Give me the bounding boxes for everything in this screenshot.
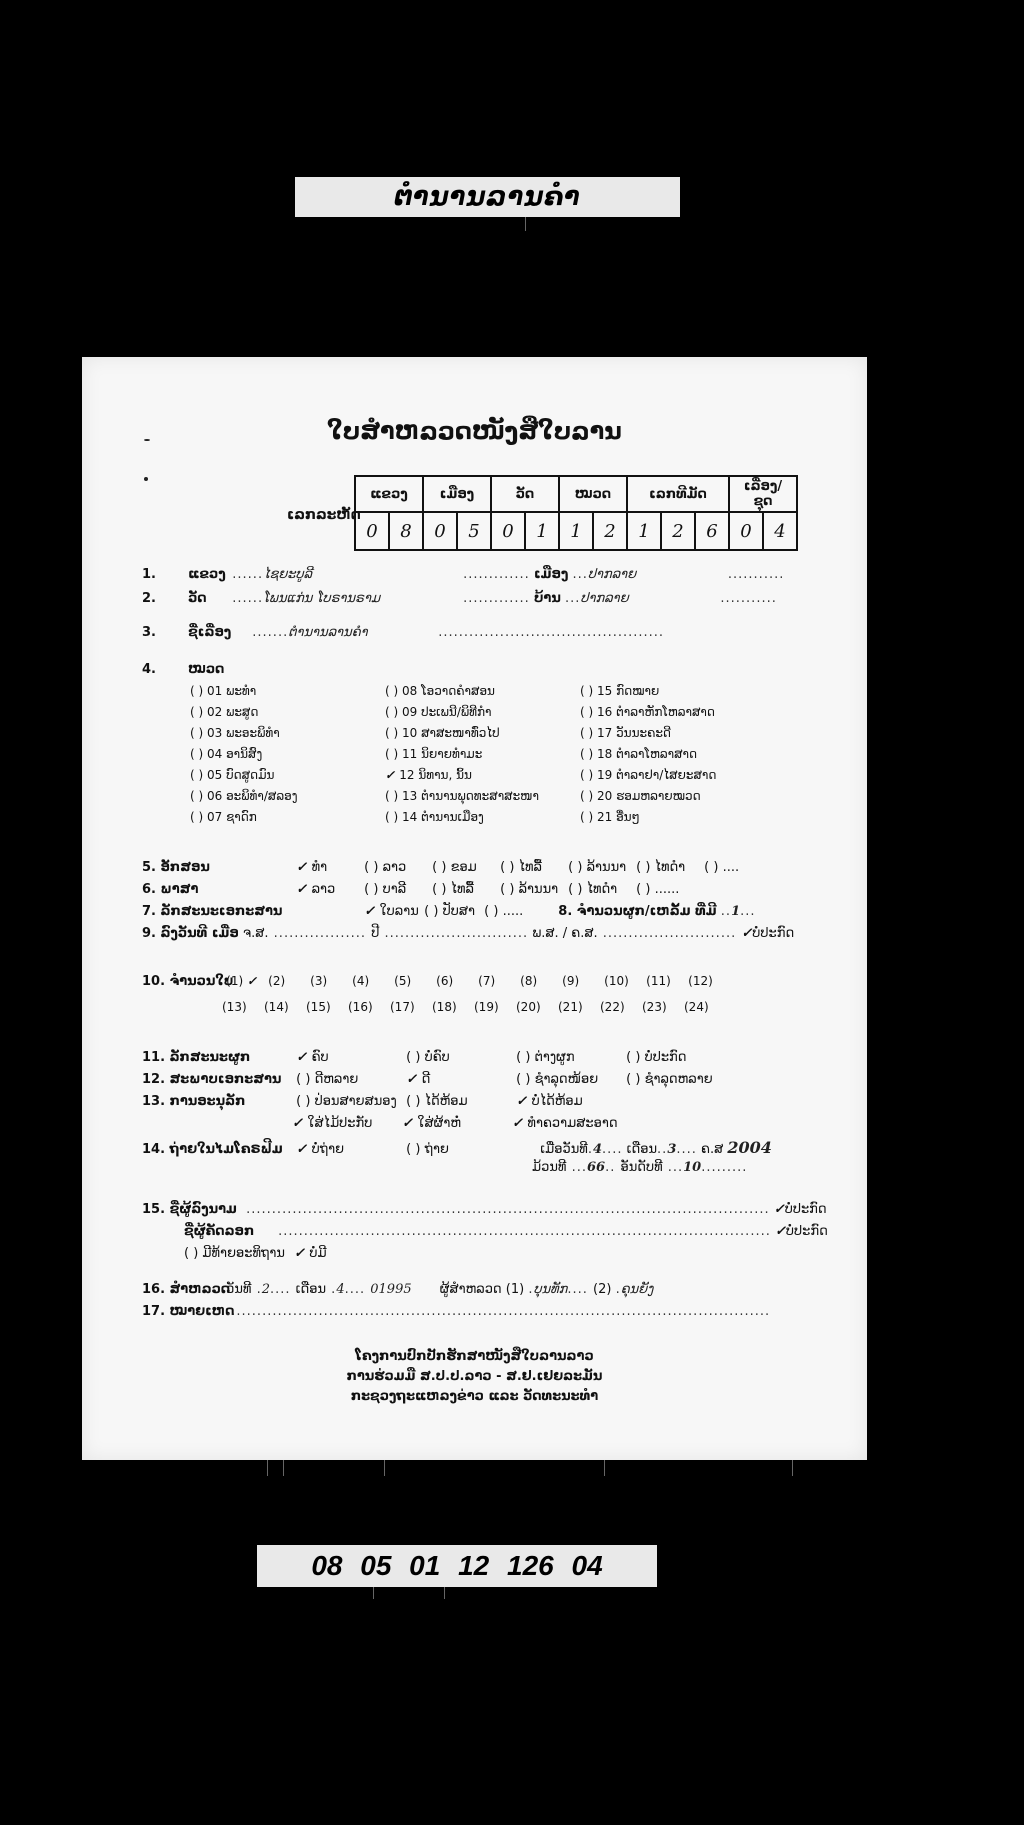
village-label: ບ້ານ <box>534 591 561 606</box>
checkbox-icon[interactable]: ✓ <box>402 1116 417 1131</box>
checkbox-icon[interactable]: ( ) <box>500 882 518 897</box>
option[interactable]: ( ) ຕ່າງຜູກ <box>516 1050 626 1065</box>
option[interactable]: ✓ ທຳຄວາມສະອາດ <box>512 1116 622 1131</box>
code-digit: 0 <box>423 512 457 550</box>
village-value[interactable]: ປາກລາຍ <box>580 591 720 606</box>
date-unknown-option[interactable]: ບໍ່ປະກົດ <box>752 926 794 941</box>
page-count-option[interactable]: (16) <box>348 1000 390 1014</box>
checkbox-icon[interactable]: ( ) <box>580 789 597 803</box>
date-written-row: 9. ລົງວັນທີ ເມື່ອ ຈ.ສ. .................… <box>142 926 794 941</box>
checkbox-icon[interactable]: ✓ <box>296 860 311 875</box>
option[interactable]: ( ) ລ້ານນາ <box>500 882 568 897</box>
province-label: ແຂວງ <box>188 567 228 582</box>
option[interactable]: ( ) ຊຳລຸດຫລາຍ <box>626 1072 736 1087</box>
option[interactable]: ( ) ບາລີ <box>364 882 432 897</box>
checkbox-icon[interactable]: ( ) <box>190 726 207 740</box>
checkbox-icon[interactable]: ✓ <box>296 882 311 897</box>
page-count-option[interactable]: (10) <box>604 974 646 988</box>
option[interactable]: ✓ ດີ <box>406 1072 516 1087</box>
field-province-row: 1. ແຂວງ ......ໄຊຍະບູລີ............. ເມືອ… <box>142 567 784 582</box>
checkbox-icon[interactable]: ( ) <box>190 705 207 719</box>
category-option-11[interactable]: ( ) 11 ນິຍາຍທຳມະ <box>385 747 482 761</box>
option[interactable]: ✓ ໃບລານ <box>364 904 424 919</box>
code-header: ແຂວງ <box>355 476 423 512</box>
pages-row-2: (13)(14)(15)(16)(17)(18)(19)(20)(21)(22)… <box>222 1000 726 1015</box>
title-label: ຊື່ເລື່ອງ <box>188 625 248 640</box>
pages-row: 10. ຈຳນວນໃບ (1) ✓(2)(3)(4)(5)(6)(7)(8)(9… <box>142 974 730 989</box>
page-count-option[interactable]: (17) <box>390 1000 432 1014</box>
option[interactable]: ( ) ຊຳລຸດໜ້ອຍ <box>516 1072 626 1087</box>
option[interactable]: ( ) ...... <box>636 882 704 897</box>
checkbox-icon[interactable]: ( ) <box>406 1050 424 1065</box>
option[interactable]: ✓ ບໍ່ໄດ້ຫ້ອມ <box>516 1094 626 1109</box>
checkbox-icon[interactable]: ( ) <box>184 1246 202 1261</box>
option[interactable]: ( ) ລາວ <box>364 860 432 875</box>
option[interactable]: ( ) ບໍ່ຄົບ <box>406 1050 516 1065</box>
page-count-option[interactable]: (18) <box>432 1000 474 1014</box>
form-footer: ໂຄງການປົກປັກຮັກສາໜັງສືໃບລານລາວ ການຮ່ວມມື… <box>82 1347 867 1407</box>
category-option-05[interactable]: ( ) 05 ບົດສູດມົນ <box>190 768 274 782</box>
option[interactable]: ✓ ທຳ <box>296 860 364 875</box>
page-count-option[interactable]: (11) <box>646 974 688 988</box>
field-temple-row: 2. ວັດ ......ໂພນແກ່ນ ໂບຣານຣາມ...........… <box>142 591 777 606</box>
page-count-option[interactable]: (22) <box>600 1000 642 1014</box>
code-header: ເລກທີມັດ <box>627 476 729 512</box>
code-digit: 4 <box>763 512 797 550</box>
option[interactable]: ( ) ໄທລື້ <box>500 860 568 875</box>
checkbox-icon[interactable]: ( ) <box>580 810 597 824</box>
page-count-option[interactable]: (14) <box>264 1000 306 1014</box>
category-option-12[interactable]: ✓ 12 ນິທານ, ນິ້ນ <box>385 768 472 782</box>
category-option-04[interactable]: ( ) 04 ອານິສົງ <box>190 747 262 761</box>
checkbox-icon[interactable]: ✓ <box>406 1072 421 1087</box>
code-digit: 1 <box>627 512 661 550</box>
category-option-16[interactable]: ( ) 16 ຕຳລາຫັກໂຫລາສາດ <box>580 705 715 719</box>
condition-row: 12. ສະພາບເອກະສານ ( ) ດີຫລາຍ✓ ດີ( ) ຊຳລຸດ… <box>142 1072 736 1087</box>
checkbox-icon[interactable]: ✓ <box>516 1094 531 1109</box>
option[interactable]: ✓ ຄົບ <box>296 1050 406 1065</box>
option[interactable]: ( ) ລ້ານນາ <box>568 860 636 875</box>
speck <box>144 477 148 481</box>
option[interactable]: ( ) .... <box>704 860 772 875</box>
checkbox-icon[interactable]: ✓ <box>294 1246 309 1261</box>
copyist-unknown-option[interactable]: ບໍ່ປະກົດ <box>786 1224 828 1239</box>
category-option-14[interactable]: ( ) 14 ຕຳນານເມືອງ <box>385 810 484 824</box>
page-count-option[interactable]: (7) <box>478 974 520 988</box>
checkbox-icon[interactable]: ( ) <box>190 789 207 803</box>
microfilm-month[interactable]: 3 <box>667 1142 676 1157</box>
code-digit: 2 <box>593 512 627 550</box>
code-digit: 1 <box>525 512 559 550</box>
page-count-option[interactable]: (6) <box>436 974 478 988</box>
checkbox-icon[interactable]: ✓ <box>364 904 379 919</box>
copyist-row: ຊື່ຜູ້ຄັດລອກ ...........................… <box>184 1224 828 1239</box>
script-row: 5. ອັກສອນ ✓ ທຳ( ) ລາວ( ) ຂອມ( ) ໄທລື້( )… <box>142 860 772 875</box>
checkbox-icon[interactable]: ( ) <box>626 1072 644 1087</box>
surveyor-2[interactable]: ຄຸນຍັງ <box>621 1282 654 1297</box>
page-count-option[interactable]: (21) <box>558 1000 600 1014</box>
page-count-option[interactable]: (5) <box>394 974 436 988</box>
option[interactable]: ( ) ໄທດຳ <box>636 860 704 875</box>
checkbox-icon[interactable]: ( ) <box>516 1050 534 1065</box>
category-option-02[interactable]: ( ) 02 ພະສູດ <box>190 705 258 719</box>
checkbox-icon[interactable]: ( ) <box>626 1050 644 1065</box>
page-count-option[interactable]: (20) <box>516 1000 558 1014</box>
page-count-option[interactable]: (9) <box>562 974 604 988</box>
completeness-row: 11. ລັກສະນະຜູກ ✓ ຄົບ( ) ບໍ່ຄົບ( ) ຕ່າງຜູ… <box>142 1050 736 1065</box>
page-count-option[interactable]: (3) <box>310 974 352 988</box>
author-row: 15. ຊື່ຜູ້ລົງນາມ .......................… <box>142 1202 827 1217</box>
category-option-06[interactable]: ( ) 06 ອະພິທຳ/ສລອງ <box>190 789 298 803</box>
code-digit: 1 <box>559 512 593 550</box>
order-value[interactable]: 10 <box>683 1160 701 1175</box>
code-digit: 2 <box>661 512 695 550</box>
checkbox-icon[interactable]: ( ) <box>385 810 402 824</box>
microfilm-header-label: ຕຳນານລານຄຳ <box>295 177 680 217</box>
checkbox-icon[interactable]: ( ) <box>385 789 402 803</box>
surveyor-1[interactable]: ບຸນທັກ <box>533 1282 567 1297</box>
category-option-03[interactable]: ( ) 03 ພະອະພິທຳ <box>190 726 280 740</box>
material-row: 7. ລັກສະນະເອກະສານ ✓ ໃບລານ( ) ປັບສາ( ) ..… <box>142 904 756 919</box>
checkbox-icon[interactable]: ( ) <box>296 1094 314 1109</box>
option[interactable]: ( ) ບໍ່ປະກົດ <box>626 1050 736 1065</box>
code-digit: 0 <box>491 512 525 550</box>
author-unknown-option[interactable]: ບໍ່ປະກົດ <box>785 1202 827 1217</box>
option[interactable]: ( ) ປັບສາ <box>424 904 484 919</box>
category-option-13[interactable]: ( ) 13 ຕຳນານພຸດທະສາສະໜາ <box>385 789 539 803</box>
checkbox-icon[interactable]: ( ) <box>385 705 402 719</box>
option[interactable]: ✓ ລາວ <box>296 882 364 897</box>
option[interactable]: ✓ ບໍ່ມີ <box>294 1246 404 1261</box>
survey-row: 16. ສຳຫລວດ ວັນທີ .2.... ເດືອນ .4.... 019… <box>142 1282 653 1297</box>
option[interactable]: ( ) ໄດ້ຫ້ອມ <box>406 1094 516 1109</box>
notes-row: 17. ໝາຍເຫດ .............................… <box>142 1304 770 1319</box>
page-count-option[interactable]: (1) ✓ <box>226 974 268 988</box>
preservation-row-2: ✓ ໃສ່ໄມ້ປະກັບ✓ ໃສ່ຜ້າຫໍ່✓ ທຳຄວາມສະອາດ <box>292 1116 622 1131</box>
option[interactable]: ✓ ໃສ່ໄມ້ປະກັບ <box>292 1116 402 1131</box>
checkbox-icon[interactable]: ( ) <box>636 882 654 897</box>
page-count-option[interactable]: (2) <box>268 974 310 988</box>
code-header: ເລື່ອງ/ຊຸດ <box>729 476 797 512</box>
checkbox-icon[interactable]: ( ) <box>580 726 597 740</box>
page-count-option[interactable]: (19) <box>474 1000 516 1014</box>
page-count-option[interactable]: (8) <box>520 974 562 988</box>
reference-code-table: ແຂວງເມືອງວັດໝວດເລກທີມັດເລື່ອງ/ຊຸດ 080501… <box>354 475 798 551</box>
category-option-09[interactable]: ( ) 09 ປະເພນີ/ພິທີກຳ <box>385 705 491 719</box>
tick-mark <box>525 217 526 231</box>
page-count-option[interactable]: (15) <box>306 1000 348 1014</box>
category-option-19[interactable]: ( ) 19 ຕຳລາຢາ/ໄສຍະສາດ <box>580 768 716 782</box>
category-option-21[interactable]: ( ) 21 ອື່ນໆ <box>580 810 640 824</box>
checkbox-icon[interactable]: ( ) <box>385 747 402 761</box>
survey-day[interactable]: 2 <box>262 1282 270 1297</box>
option[interactable]: ( ) ດີຫລາຍ <box>296 1072 406 1087</box>
page-count-option[interactable]: (4) <box>352 974 394 988</box>
option[interactable]: ( ) ມີທ້າຍອະທິຖານ <box>184 1246 294 1261</box>
checkbox-icon[interactable]: ( ) <box>636 860 654 875</box>
category-option-10[interactable]: ( ) 10 ສາສະໜາທົ່ວໄປ <box>385 726 500 740</box>
checkbox-icon[interactable]: ( ) <box>364 882 382 897</box>
category-option-07[interactable]: ( ) 07 ຊາດົກ <box>190 810 257 824</box>
microfilm-roll-row: ມ້ວນທີ ...66.. ອັນດັບທີ ...10......... <box>532 1160 747 1175</box>
checkbox-icon[interactable]: ( ) <box>406 1142 424 1157</box>
microfilm-row: 14. ຖ່າຍໃນໄມໂຄຣຟີມ ✓ ບໍ່ຖ່າຍ( ) ຖ່າຍ ເມື… <box>142 1138 772 1157</box>
survey-month[interactable]: 4 <box>336 1282 344 1297</box>
checkbox-icon[interactable]: ( ) <box>432 882 450 897</box>
survey-year[interactable]: 01995 <box>370 1282 411 1297</box>
code-header: ວັດ <box>491 476 559 512</box>
code-digit: 5 <box>457 512 491 550</box>
checkbox-icon[interactable]: ( ) <box>500 860 518 875</box>
option[interactable]: ( ) ໄທລື້ <box>432 882 500 897</box>
option[interactable]: ( ) ປ່ອນສາຍສນອງ <box>296 1094 406 1109</box>
checkbox-icon[interactable]: ( ) <box>424 904 442 919</box>
checkbox-icon[interactable]: ( ) <box>580 705 597 719</box>
roll-value[interactable]: 66 <box>587 1160 605 1175</box>
checkbox-icon[interactable]: ( ) <box>190 810 207 824</box>
checkbox-icon[interactable]: ( ) <box>432 860 450 875</box>
district-value[interactable]: ປາກລາຍ <box>588 567 728 582</box>
code-digit: 8 <box>389 512 423 550</box>
microfilm-day[interactable]: 4 <box>593 1142 602 1157</box>
checkbox-icon[interactable]: ( ) <box>568 860 586 875</box>
category-heading: 4. ໝວດ <box>142 662 224 677</box>
checkbox-icon[interactable]: ✓ <box>512 1116 527 1131</box>
checkbox-icon[interactable]: ✓ <box>296 1142 311 1157</box>
checkbox-icon[interactable]: ( ) <box>190 747 207 761</box>
page-count-option[interactable]: (24) <box>684 1000 726 1014</box>
option[interactable]: ✓ ໃສ່ຜ້າຫໍ່ <box>402 1116 512 1131</box>
field-title-row: 3. ຊື່ເລື່ອງ .......ຕຳນານລານຄຳ..........… <box>142 625 664 640</box>
checkbox-icon[interactable]: ( ) <box>580 747 597 761</box>
preservation-row: 13. ການອະນຸລັກ ( ) ປ່ອນສາຍສນອງ( ) ໄດ້ຫ້ອ… <box>142 1094 626 1109</box>
form-title: ໃບສຳຫລວດໜັງສືໃບລານ <box>82 417 867 445</box>
option[interactable]: ( ) ..... <box>484 904 544 919</box>
option[interactable]: ( ) ຖ່າຍ <box>406 1142 516 1157</box>
checkbox-icon[interactable]: ( ) <box>568 882 586 897</box>
code-digit: 0 <box>729 512 763 550</box>
temple-label: ວັດ <box>188 591 228 606</box>
checkbox-icon[interactable]: ( ) <box>704 860 722 875</box>
option[interactable]: ( ) ໄທດຳ <box>568 882 636 897</box>
checkbox-icon[interactable]: ( ) <box>364 860 382 875</box>
category-option-01[interactable]: ( ) 01 ພະທຳ <box>190 684 256 698</box>
checkbox-icon[interactable]: ( ) <box>516 1072 534 1087</box>
code-digit: 0 <box>355 512 389 550</box>
checkbox-icon[interactable]: ( ) <box>190 768 207 782</box>
category-option-18[interactable]: ( ) 18 ຕຳລາໂຫລາສາດ <box>580 747 697 761</box>
checkbox-icon[interactable]: ( ) <box>484 904 502 919</box>
language-row: 6. ພາສາ ✓ ລາວ( ) ບາລີ( ) ໄທລື້( ) ລ້ານນາ… <box>142 882 704 897</box>
code-header: ໝວດ <box>559 476 627 512</box>
page-count-option[interactable]: (12) <box>688 974 730 988</box>
code-label: ເລກລະຫັດ <box>287 507 361 523</box>
title-value[interactable]: ຕຳນານລານຄຳ <box>288 625 438 640</box>
category-option-08[interactable]: ( ) 08 ໂອວາດຄຳສອນ <box>385 684 495 698</box>
microfilm-year[interactable]: 2004 <box>727 1138 772 1157</box>
notes-field[interactable]: ........................................… <box>226 1304 770 1319</box>
checkbox-icon[interactable]: ( ) <box>385 684 402 698</box>
bundles-value[interactable]: 1 <box>731 904 740 919</box>
temple-value[interactable]: ໂພນແກ່ນ ໂບຣານຣາມ <box>263 591 463 606</box>
checkbox-icon[interactable]: ( ) <box>406 1094 424 1109</box>
checkbox-icon[interactable]: ( ) <box>580 684 597 698</box>
province-value[interactable]: ໄຊຍະບູລີ <box>263 567 463 582</box>
survey-form-sheet: ໃບສຳຫລວດໜັງສືໃບລານ ເລກລະຫັດ ແຂວງເມືອງວັດ… <box>82 357 867 1460</box>
checkbox-icon[interactable]: ✓ <box>292 1116 307 1131</box>
checkbox-icon[interactable]: ( ) <box>190 684 207 698</box>
checkbox-icon[interactable]: ✓ <box>296 1050 311 1065</box>
checkbox-icon[interactable]: ( ) <box>580 768 597 782</box>
code-header: ເມືອງ <box>423 476 491 512</box>
district-label: ເມືອງ <box>534 567 568 582</box>
colophon-row: ( ) ມີທ້າຍອະທິຖານ✓ ບໍ່ມີ <box>184 1246 404 1261</box>
checkbox-icon[interactable]: ✓ <box>385 768 399 782</box>
microfilm-reference-number: 08 05 01 12 126 04 <box>257 1545 657 1587</box>
category-option-15[interactable]: ( ) 15 ກົດໝາຍ <box>580 684 659 698</box>
code-digit: 6 <box>695 512 729 550</box>
category-option-17[interactable]: ( ) 17 ວັນນະຄະດີ <box>580 726 671 740</box>
page-count-option[interactable]: (23) <box>642 1000 684 1014</box>
option[interactable]: ( ) ຂອມ <box>432 860 500 875</box>
checkbox-icon[interactable]: ( ) <box>385 726 402 740</box>
category-option-20[interactable]: ( ) 20 ຮອມຫລາຍໝວດ <box>580 789 701 803</box>
page-count-option[interactable]: (13) <box>222 1000 264 1014</box>
checkbox-icon[interactable]: ( ) <box>296 1072 314 1087</box>
option[interactable]: ✓ ບໍ່ຖ່າຍ <box>296 1142 406 1157</box>
